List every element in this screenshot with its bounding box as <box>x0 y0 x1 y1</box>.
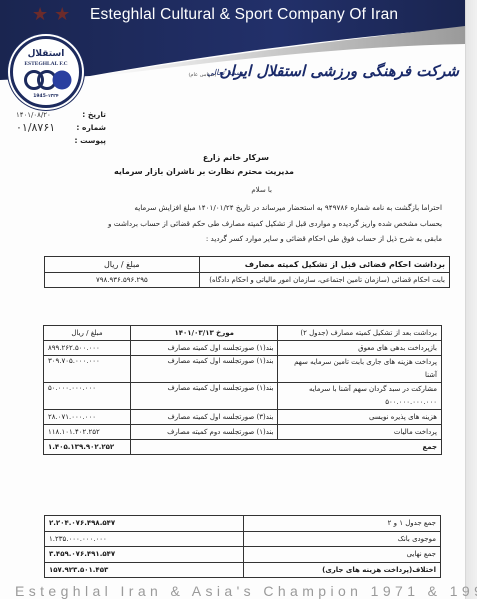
summary-label: اختلاف(پرداخت هزینه های جاری) <box>243 562 440 578</box>
table-row: بابت احکام قضائی (سازمان تامین اجتماعی، … <box>45 273 450 288</box>
row-description: بازپرداخت بدهی های معوق <box>278 341 442 356</box>
letter-meta: تاریخ : ۱۴۰۱/۰۸/۲۰ شماره : ۰۱/۸۷۶۱ پیوست… <box>16 108 106 147</box>
column-header: مبلغ / ریال <box>44 326 131 341</box>
department: مدیریت محترم نظارت بر ناشران بازار سرمای… <box>114 167 294 176</box>
letter-page: ★ ★ Esteghlal Cultural & Sport Company O… <box>0 0 477 599</box>
column-header: برداشت بعد از تشکیل کمیته مصارف (جدول ۲) <box>278 326 442 341</box>
number-value: ۰۱/۸۷۶۱ <box>16 121 55 134</box>
star-icon: ★ <box>32 6 48 24</box>
date-label: تاریخ : <box>82 110 106 119</box>
table-header-row: برداشت احکام قضائی قبل از تشکیل کمیته مص… <box>45 257 450 273</box>
column-header: مورخ ۱۴۰۱/۰۳/۱۳ <box>130 326 278 341</box>
row-amount: ۱۱۸.۱۰۱.۴۰۲.۲۵۲ <box>44 425 131 440</box>
star-icon: ★ <box>54 6 70 24</box>
table-total-row: جمع ۱.۴۰۵.۱۳۹.۹۰۲.۲۵۲ <box>44 440 442 455</box>
body-line: مابقی به شرح ذیل از حساب فوق طی احکام قض… <box>40 231 442 247</box>
row-amount: ۵۰.۰۰۰.۰۰۰.۰۰۰ <box>44 383 131 410</box>
footer-slogan: Esteghlal Iran & Asia's Champion 1971 & … <box>15 583 477 599</box>
olympic-rings-icon <box>24 69 74 91</box>
letter-body: احتراما بازگشت به نامه شماره ۹۴۹۷۸۶ به ا… <box>40 200 442 247</box>
row-reference: بند(۱) صورتجلسه اول کمیته مصارف <box>130 341 278 356</box>
table-row: جمع جدول ۱ و ۲ ۲.۲۰۴.۰۷۶.۴۹۸.۵۴۷ <box>45 516 441 532</box>
body-line: بحساب مشخص شده واریز گردیده و مواردی قبل… <box>40 216 442 232</box>
row-description: پرداخت مالیات <box>278 425 442 440</box>
row-amount: ۸۹۹.۲۶۲.۵۰۰.۰۰۰ <box>44 341 131 356</box>
total-amount: ۱.۴۰۵.۱۳۹.۹۰۲.۲۵۲ <box>44 440 131 455</box>
company-name-text: شرکت فرهنگی ورزشی استقلال ایران <box>219 62 459 80</box>
table-row: هزینه های پذیره نویسی بند(۳) صورتجلسه او… <box>44 410 442 425</box>
table-row: بازپرداخت بدهی های معوق بند(۱) صورتجلسه … <box>44 341 442 356</box>
row-reference: بند(۳) صورتجلسه اول کمیته مصارف <box>130 410 278 425</box>
greeting: با سلام <box>251 186 272 194</box>
company-english-title: Esteghlal Cultural & Sport Company Of Ir… <box>90 6 398 24</box>
row-reference: بند(۱) صورتجلسه اول کمیته مصارف <box>130 383 278 410</box>
row-amount: ۷۹۸.۹۳۶.۵۹۶.۲۹۵ <box>45 273 200 288</box>
column-header: مبلغ / ریال <box>45 257 200 273</box>
table-row: پرداخت مالیات بند(۱) صورتجلسه دوم کمیته … <box>44 425 442 440</box>
total-label: جمع <box>130 440 441 455</box>
date-value: ۱۴۰۱/۰۸/۲۰ <box>16 111 51 119</box>
number-label: شماره : <box>76 123 106 132</box>
row-reference: بند(۱) صورتجلسه دوم کمیته مصارف <box>130 425 278 440</box>
logo-name-en: ESTEGHLAL F.C <box>13 61 79 67</box>
table-row: مشارکت در سبد گردان سهم آشنا با سرمایه ۵… <box>44 383 442 410</box>
summary-label: موجودی بانک <box>243 531 440 547</box>
table-row: پرداخت هزینه های جاری بابت تامین سرمایه … <box>44 356 442 383</box>
row-amount: ۲۸.۰۷۱.۰۰۰.۰۰۰ <box>44 410 131 425</box>
summary-amount: ۱۵۷.۹۲۳.۵۰۱.۴۵۳ <box>45 562 244 578</box>
basmala: بسمه تعالی <box>207 68 245 77</box>
summary-amount: ۱.۲۳۵.۰۰۰.۰۰۰.۰۰۰ <box>45 531 244 547</box>
summary-amount: ۲.۲۰۴.۰۷۶.۴۹۸.۵۴۷ <box>45 516 244 532</box>
table-header-row: برداشت بعد از تشکیل کمیته مصارف (جدول ۲)… <box>44 326 442 341</box>
row-amount: ۳۰۹.۷۰۵.۰۰۰.۰۰۰ <box>44 356 131 383</box>
attachment-row: پیوست : <box>16 134 106 147</box>
logo-name-fa: استقلال <box>13 49 79 59</box>
summary-label: جمع جدول ۱ و ۲ <box>243 516 440 532</box>
table-post-committee-withdrawals: برداشت بعد از تشکیل کمیته مصارف (جدول ۲)… <box>43 325 442 455</box>
logo-years: 1945-۱۳۲۴ <box>13 94 79 99</box>
table-pre-committee-withdrawals: برداشت احکام قضائی قبل از تشکیل کمیته مص… <box>44 256 450 288</box>
body-line: احتراما بازگشت به نامه شماره ۹۴۹۷۸۶ به ا… <box>40 200 442 216</box>
row-description: مشارکت در سبد گردان سهم آشنا با سرمایه ۵… <box>278 383 442 410</box>
row-description: بابت احکام قضائی (سازمان تامین اجتماعی، … <box>199 273 449 288</box>
column-header: برداشت احکام قضائی قبل از تشکیل کمیته مص… <box>199 257 449 273</box>
table-row: موجودی بانک ۱.۲۳۵.۰۰۰.۰۰۰.۰۰۰ <box>45 531 441 547</box>
number-row: شماره : ۰۱/۸۷۶۱ <box>16 121 106 134</box>
addressee: سرکار خانم زارع <box>203 153 269 162</box>
row-description: پرداخت هزینه های جاری بابت تامین سرمایه … <box>278 356 442 383</box>
championship-stars: ★ ★ <box>32 6 70 24</box>
row-description: هزینه های پذیره نویسی <box>278 410 442 425</box>
summary-label: جمع نهایی <box>243 547 440 563</box>
table-row: اختلاف(پرداخت هزینه های جاری) ۱۵۷.۹۲۳.۵۰… <box>45 562 441 578</box>
table-summary: جمع جدول ۱ و ۲ ۲.۲۰۴.۰۷۶.۴۹۸.۵۴۷ موجودی … <box>44 515 441 578</box>
row-reference: بند(۱) صورتجلسه اول کمیته مصارف <box>130 356 278 383</box>
scan-edge <box>465 0 477 599</box>
table-row: جمع نهایی ۳.۴۵۹.۰۷۶.۴۹۱.۵۴۷ <box>45 547 441 563</box>
club-logo: استقلال ESTEGHLAL F.C 1945-۱۳۲۴ <box>10 36 82 108</box>
attachment-label: پیوست : <box>74 136 106 145</box>
date-row: تاریخ : ۱۴۰۱/۰۸/۲۰ <box>16 108 106 121</box>
summary-amount: ۳.۴۵۹.۰۷۶.۴۹۱.۵۴۷ <box>45 547 244 563</box>
